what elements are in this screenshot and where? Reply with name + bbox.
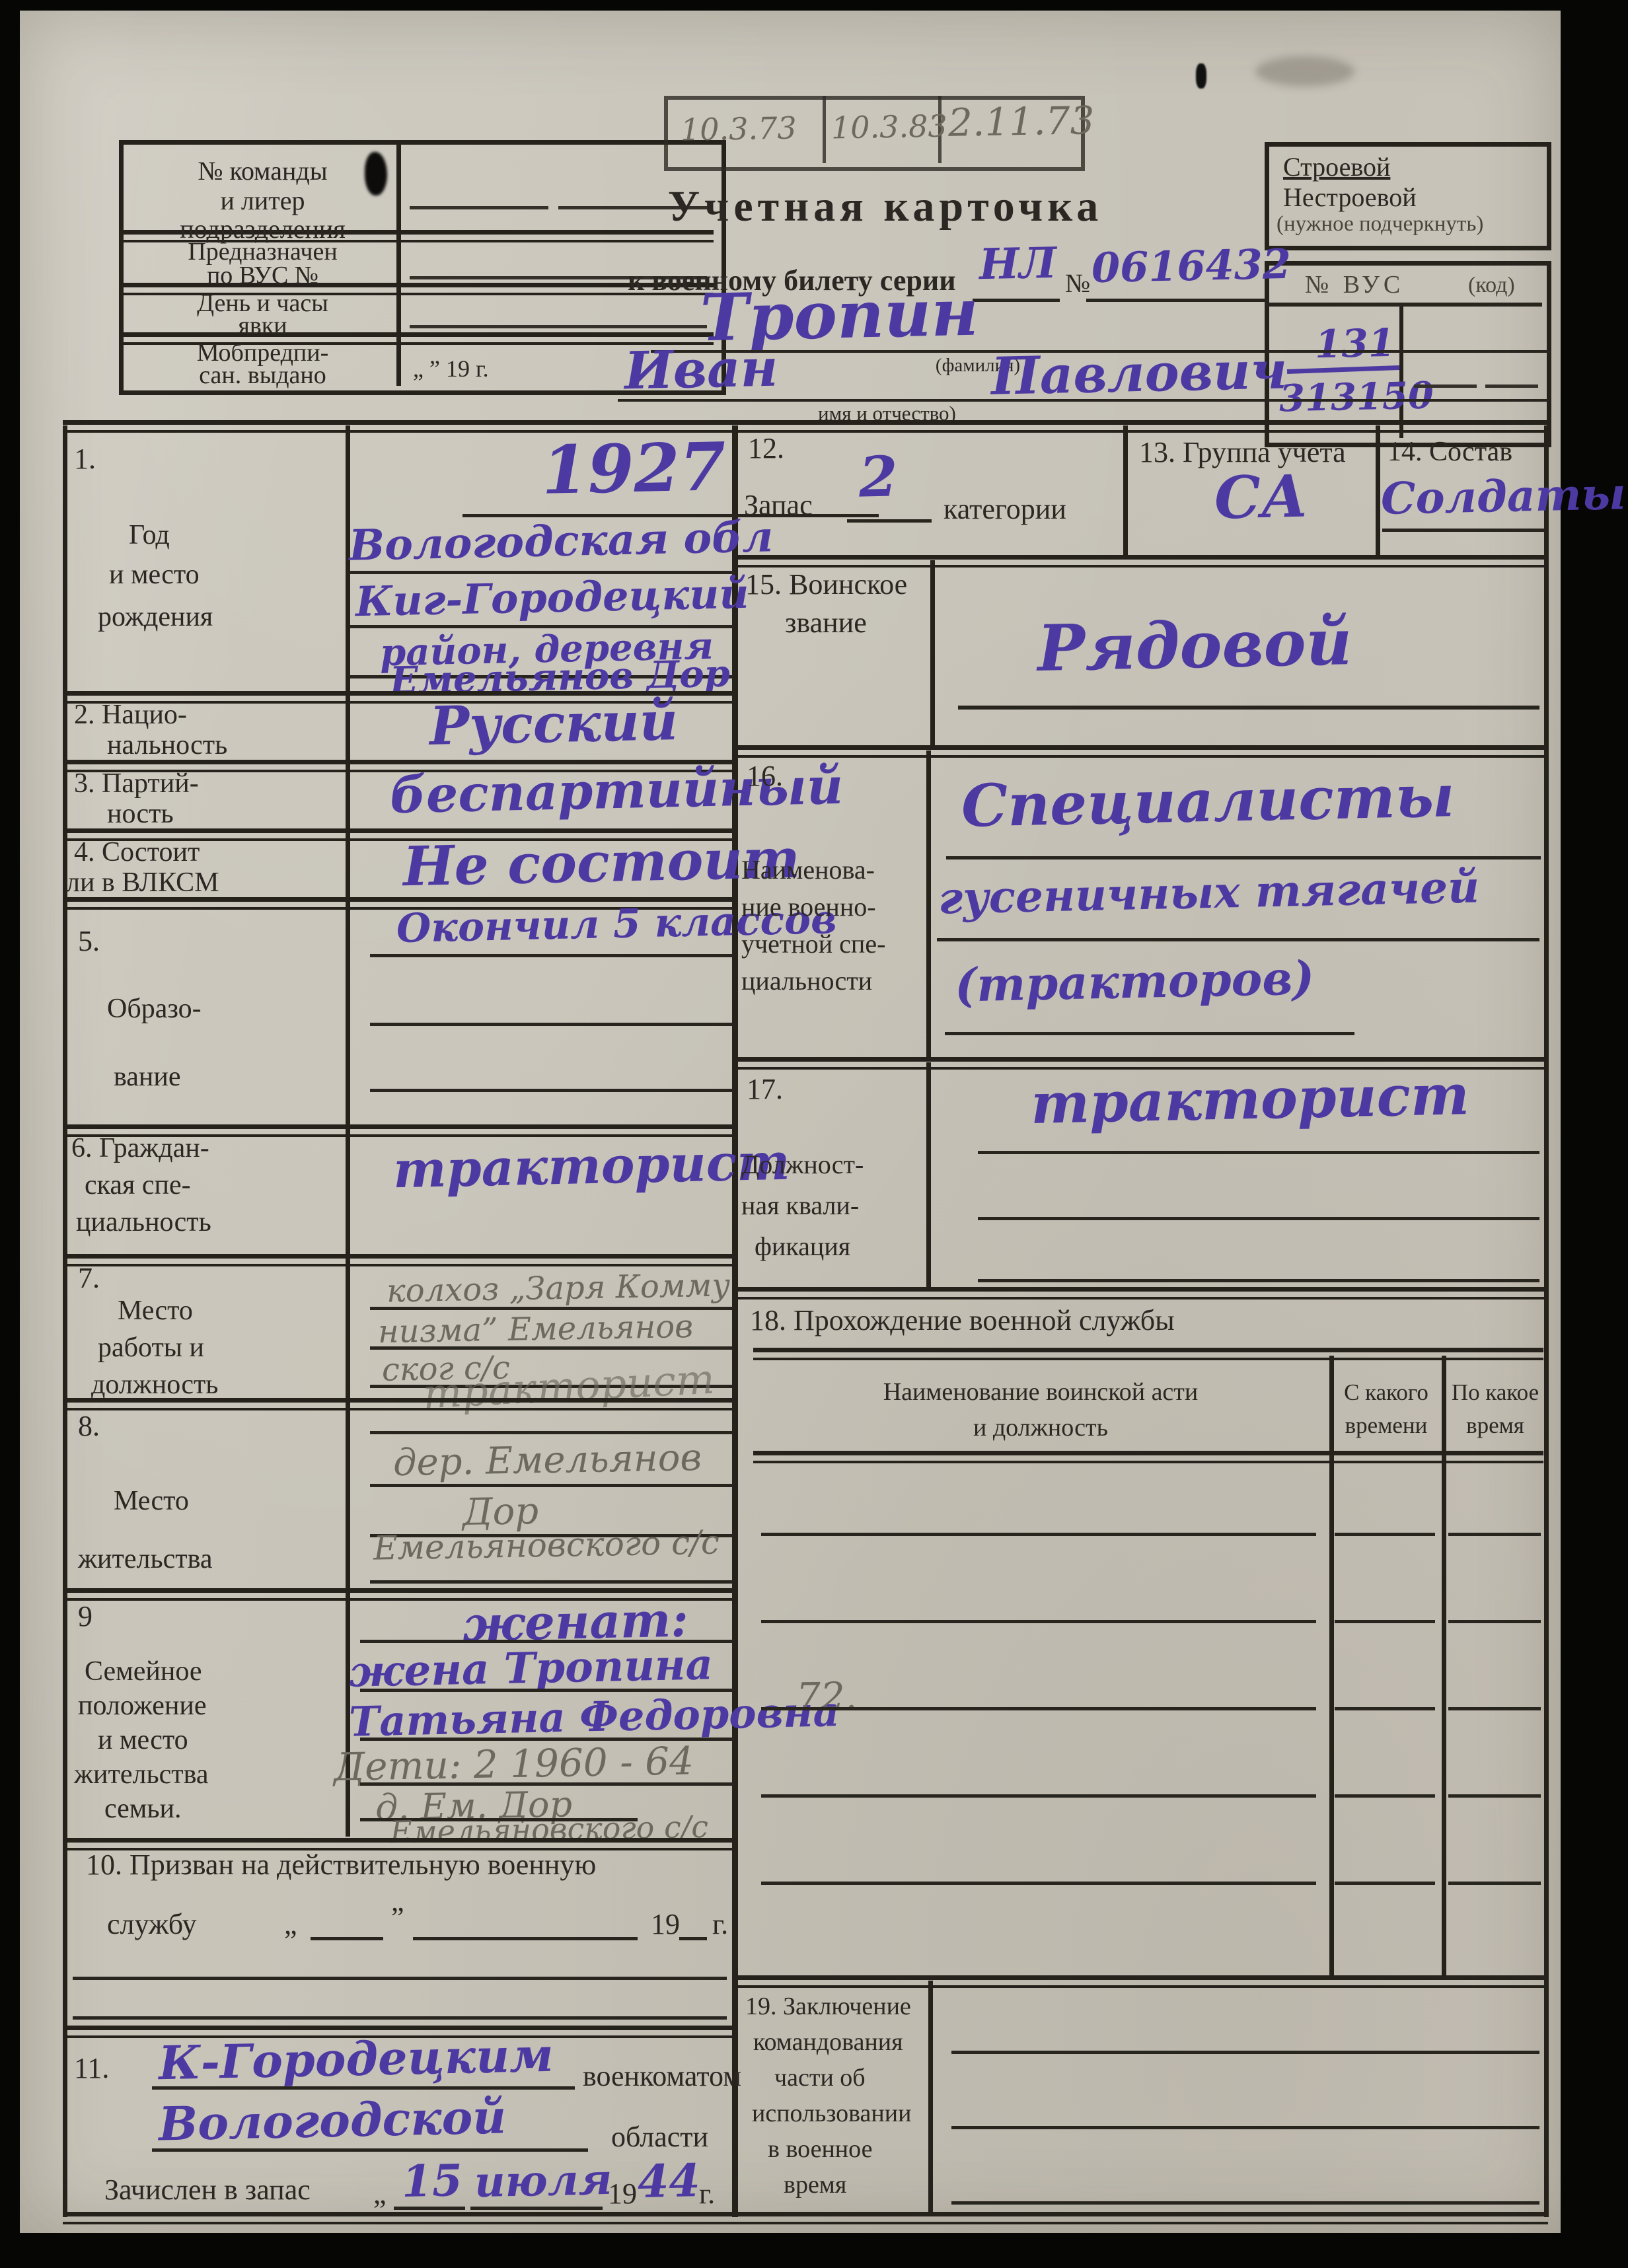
f7-label2: должность: [91, 1370, 218, 1399]
f1-label-1: и место: [109, 560, 200, 589]
scanned-military-registration-card: № команды и литер подразделения Предназн…: [0, 0, 1628, 2268]
f12-value: 2: [858, 443, 899, 509]
f11-y19: 19: [608, 2179, 637, 2209]
f14-value: Солдаты: [1380, 468, 1626, 525]
f10-q: „: [284, 1909, 297, 1940]
f16-divider: [926, 750, 931, 1057]
stamp-box-divider-1: [823, 96, 826, 163]
f18-col-divider-2: [1442, 1356, 1446, 1975]
divider-12-13: [1123, 425, 1128, 555]
f11-month-line: [470, 2207, 603, 2210]
f12-t1: Запас: [744, 490, 813, 521]
divider-row1-15: [738, 555, 1548, 567]
grid-top-rule: [63, 420, 1548, 433]
f19-line-1: [951, 2126, 1539, 2129]
f17-label1: ная квали-: [741, 1192, 859, 1220]
f15-label1: звание: [785, 608, 867, 638]
f10-extra-line-2: [73, 2016, 727, 2020]
f17-num: 17.: [747, 1074, 783, 1105]
grid-right-border: [1544, 425, 1549, 2217]
f11-g: г.: [699, 2179, 715, 2209]
f17-line-2: [978, 1279, 1539, 1282]
number-sign: №: [1065, 270, 1090, 297]
f18-col2-header-1: времени: [1333, 1414, 1439, 1438]
f18-col1-header-0: Наименование воинской асти: [766, 1379, 1315, 1406]
f8-value-2: Емельяновского с/с: [373, 1523, 720, 1567]
f10-g: г.: [712, 1909, 728, 1940]
f19-label4: в военное: [768, 2137, 872, 2163]
f18-row-line-5b: [1335, 1882, 1435, 1885]
f1-label-0: Год: [129, 521, 170, 550]
f19-line-0: [951, 2051, 1539, 2054]
f9-label4: семьи.: [104, 1794, 182, 1823]
vus-right-blank-1: [1414, 384, 1477, 388]
f11-month: июля: [474, 2155, 612, 2207]
stamp-date-1: 10.3.73: [681, 110, 797, 147]
f18-row-line-1a: [761, 1533, 1316, 1536]
f4-label1: ли в ВЛКСМ: [66, 868, 219, 897]
f11-t1: военкоматом: [583, 2061, 741, 2092]
f2-label1: нальность: [107, 731, 227, 760]
number-underline: [1086, 299, 1269, 302]
f16-line-1: [937, 938, 1539, 941]
f2-num-label0: 2. Нацио-: [74, 700, 187, 729]
f11-t2: области: [611, 2122, 708, 2152]
f3-label1: ность: [107, 799, 174, 828]
service-blank-line-3: [410, 325, 707, 328]
f17-line-1: [978, 1217, 1539, 1220]
name-underline: [618, 399, 1549, 402]
duty-line-1: Строевой: [1283, 153, 1390, 181]
f5-line-0: [370, 954, 733, 957]
f18-row-line-4c: [1448, 1794, 1541, 1798]
service-box-divider: [396, 140, 401, 386]
f6-value: тракторист: [392, 1132, 790, 1200]
stamp-date-2: 10.3.83: [831, 108, 947, 145]
f18-title: 18. Прохождение военной службы: [750, 1305, 1175, 1336]
f17-divider: [926, 1062, 931, 1287]
first-name-value: Иван: [624, 338, 778, 402]
f11-year: 44: [637, 2154, 700, 2209]
f1-label-2: рождения: [98, 603, 213, 632]
f16-line-2: [945, 1032, 1354, 1035]
vus-right-blank-2: [1485, 384, 1538, 388]
f1-value-1: Киг-Городецкий: [355, 569, 749, 626]
f7-line-1: [370, 1346, 733, 1350]
vus-number-bottom: 313150: [1278, 374, 1434, 421]
f3-num-label0: 3. Партий-: [74, 769, 199, 798]
vus-header-left: № ВУС: [1305, 272, 1404, 299]
f12-underline: [847, 519, 932, 523]
duty-line-3: (нужное подчеркнуть): [1276, 213, 1483, 236]
f7-label1: работы и: [98, 1333, 204, 1362]
f16-value-0: Специалисты: [961, 761, 1455, 840]
f8-line-0: [370, 1484, 733, 1487]
f16-label0: Наименова-: [741, 856, 875, 884]
f8-label1: жительства: [78, 1545, 213, 1574]
f18-col-divider-1: [1329, 1356, 1334, 1975]
divider-13-14: [1376, 425, 1380, 555]
f16-value-2: (тракторов): [954, 950, 1315, 1012]
service-label-team: № команды: [135, 157, 390, 185]
f18-row-line-2b: [1335, 1620, 1435, 1623]
f15-divider: [930, 560, 935, 745]
f11-day: 15: [401, 2154, 462, 2207]
f10-extra-line-1: [73, 1977, 727, 1980]
f18-col3-header-1: время: [1446, 1414, 1545, 1438]
stamp-date-3: 2.11.73: [947, 98, 1095, 145]
f4-num-label0: 4. Состоит: [74, 838, 200, 867]
divider-6-7: [63, 1254, 732, 1266]
f10-line2-word: службу: [107, 1909, 196, 1940]
f8-label0: Место: [114, 1486, 189, 1516]
f7-num: 7.: [78, 1263, 100, 1294]
page-title: Учетная карточка: [661, 184, 1110, 229]
divider-7-8: [63, 1398, 732, 1410]
f11-num: 11.: [74, 2053, 109, 2084]
f15-label0: 15. Воинское: [745, 569, 907, 600]
f19-label1: командования: [753, 2030, 903, 2056]
f18-row-line-4b: [1335, 1794, 1435, 1798]
f9-label3: жительства: [74, 1760, 209, 1789]
service-label-day2: явки: [135, 313, 390, 340]
service-date-blank: „ ” 19 г.: [413, 357, 489, 382]
f11-ink2: Вологодской: [158, 2090, 507, 2152]
f10-y19: 19: [651, 1909, 680, 1940]
vus-header-rule: [1265, 303, 1542, 307]
f18-col1-header-1: и должность: [766, 1415, 1315, 1442]
duty-line-2: Нестроевой: [1283, 184, 1417, 211]
f16-line-0: [946, 856, 1541, 860]
f12-num: 12.: [748, 433, 784, 464]
f2-value: Русский: [429, 690, 679, 757]
f15-underline: [958, 706, 1539, 710]
f19-divider: [928, 1981, 933, 2212]
f18-row-line-2c: [1448, 1620, 1541, 1623]
f8-line-2: [370, 1580, 733, 1584]
ink-blot: [1196, 63, 1206, 89]
f17-value: тракторист: [1030, 1062, 1470, 1136]
f12-t2: категории: [943, 494, 1066, 525]
f16-label3: циальности: [741, 967, 872, 995]
grid-center-divider: [732, 425, 738, 2217]
f7-label0: Место: [118, 1296, 193, 1325]
f19-line-2: [951, 2201, 1539, 2205]
f17-line-0: [978, 1151, 1539, 1154]
f15-value: Рядовой: [1037, 604, 1353, 686]
f9-label2: и место: [98, 1726, 188, 1755]
f18-header-bottom: [753, 1451, 1543, 1463]
service-blank-line-1: [410, 206, 548, 209]
series-value: НЛ: [979, 238, 1057, 289]
f5-num: 5.: [78, 926, 100, 957]
f6-num-label0: 6. Граждан-: [71, 1134, 209, 1163]
f11-line-1: [152, 2086, 575, 2090]
f18-col2-header-0: С какого: [1333, 1381, 1439, 1405]
f7-value-0: колхоз „Заря Комму: [387, 1266, 731, 1309]
f6-label1: ская спе-: [85, 1171, 191, 1200]
f5-line-2: [370, 1089, 733, 1092]
f10-blank-3: [679, 1937, 707, 1940]
f16-label2: учетной спе-: [741, 930, 885, 958]
punch-hole-mark: [365, 152, 387, 196]
f18-row-line-5a: [761, 1882, 1316, 1885]
f16-label1: ние военно-: [741, 893, 876, 921]
f18-row-line-1c: [1448, 1533, 1541, 1536]
f18-col3-header-0: По какое: [1446, 1381, 1545, 1405]
f14-label: 14. Состав: [1387, 437, 1512, 466]
f10-line1: 10. Призван на действительную военную: [86, 1850, 596, 1880]
series-underline: [973, 299, 1060, 302]
f8-num: 8.: [78, 1411, 100, 1442]
f19-label5: время: [784, 2172, 846, 2199]
f19-label3: использовании: [752, 2101, 911, 2127]
f5-label1: вание: [114, 1062, 181, 1091]
f11-t3: Зачислен в запас: [104, 2175, 311, 2205]
patronymic-value: Павлович: [990, 340, 1288, 406]
f19-label2: части об: [774, 2065, 866, 2092]
vus-header-right: (код): [1468, 274, 1515, 297]
f13-value: СА: [1214, 462, 1309, 532]
service-label-mob2: сан. выдано: [135, 363, 390, 389]
f8-value-0: дер. Емельянов: [392, 1436, 702, 1484]
number-value: 0616432: [1091, 240, 1291, 292]
f17-label0: Должност-: [741, 1151, 864, 1179]
f19-label0: 19. Заключение: [745, 1994, 911, 2020]
f9-label0: Семейное: [85, 1657, 202, 1686]
f18-row-line-2a: [761, 1620, 1316, 1623]
f18-row-line-3b: [1335, 1707, 1435, 1710]
f18-table-top: [753, 1348, 1543, 1360]
vus-number-top: 131: [1314, 320, 1395, 367]
f16-num: 16.: [747, 761, 783, 791]
f5-label0: Образо-: [107, 994, 202, 1023]
grid-bottom-rule: [63, 2212, 1548, 2224]
f5-line-1: [370, 1023, 733, 1026]
f9-num: 9: [78, 1601, 92, 1632]
faint-pencil-scribble: [1255, 56, 1354, 87]
f18-row-line-3c: [1448, 1707, 1541, 1710]
f10-blank-2: [413, 1937, 638, 1940]
f1-year: 1927: [541, 427, 727, 509]
f11-day-line: [394, 2207, 465, 2210]
f11-line-2: [152, 2148, 588, 2152]
f9-label1: положение: [78, 1691, 207, 1720]
f18-pencil-note: 72.: [795, 1673, 857, 1720]
vus-divider: [1399, 307, 1403, 438]
f11-q: „: [373, 2179, 387, 2209]
divider-17-18: [738, 1287, 1548, 1299]
divider-15-16: [738, 745, 1548, 758]
f7-value-1: низма” Емельянов: [378, 1308, 694, 1350]
f10-q2: ”: [391, 1903, 404, 1933]
divider-18-19: [738, 1975, 1548, 1988]
f18-row-line-1b: [1335, 1533, 1435, 1536]
f17-label2: фикация: [755, 1233, 850, 1261]
f6-label2: циальность: [76, 1208, 211, 1237]
f8-line-top: [370, 1431, 733, 1434]
f11-ink1: К-Городецким: [158, 2028, 554, 2090]
f10-blank-1: [311, 1937, 383, 1940]
f14-underline: [1382, 529, 1544, 532]
f1-value-0: Вологодская обл: [348, 512, 774, 570]
f18-row-line-3a: [761, 1707, 1316, 1710]
f1-num: 1.: [74, 444, 96, 474]
f18-row-line-4a: [761, 1794, 1316, 1798]
service-label-vus2: по ВУС №: [135, 263, 390, 289]
f18-row-line-5c: [1448, 1882, 1541, 1885]
service-label-team2: и литер: [135, 187, 390, 215]
